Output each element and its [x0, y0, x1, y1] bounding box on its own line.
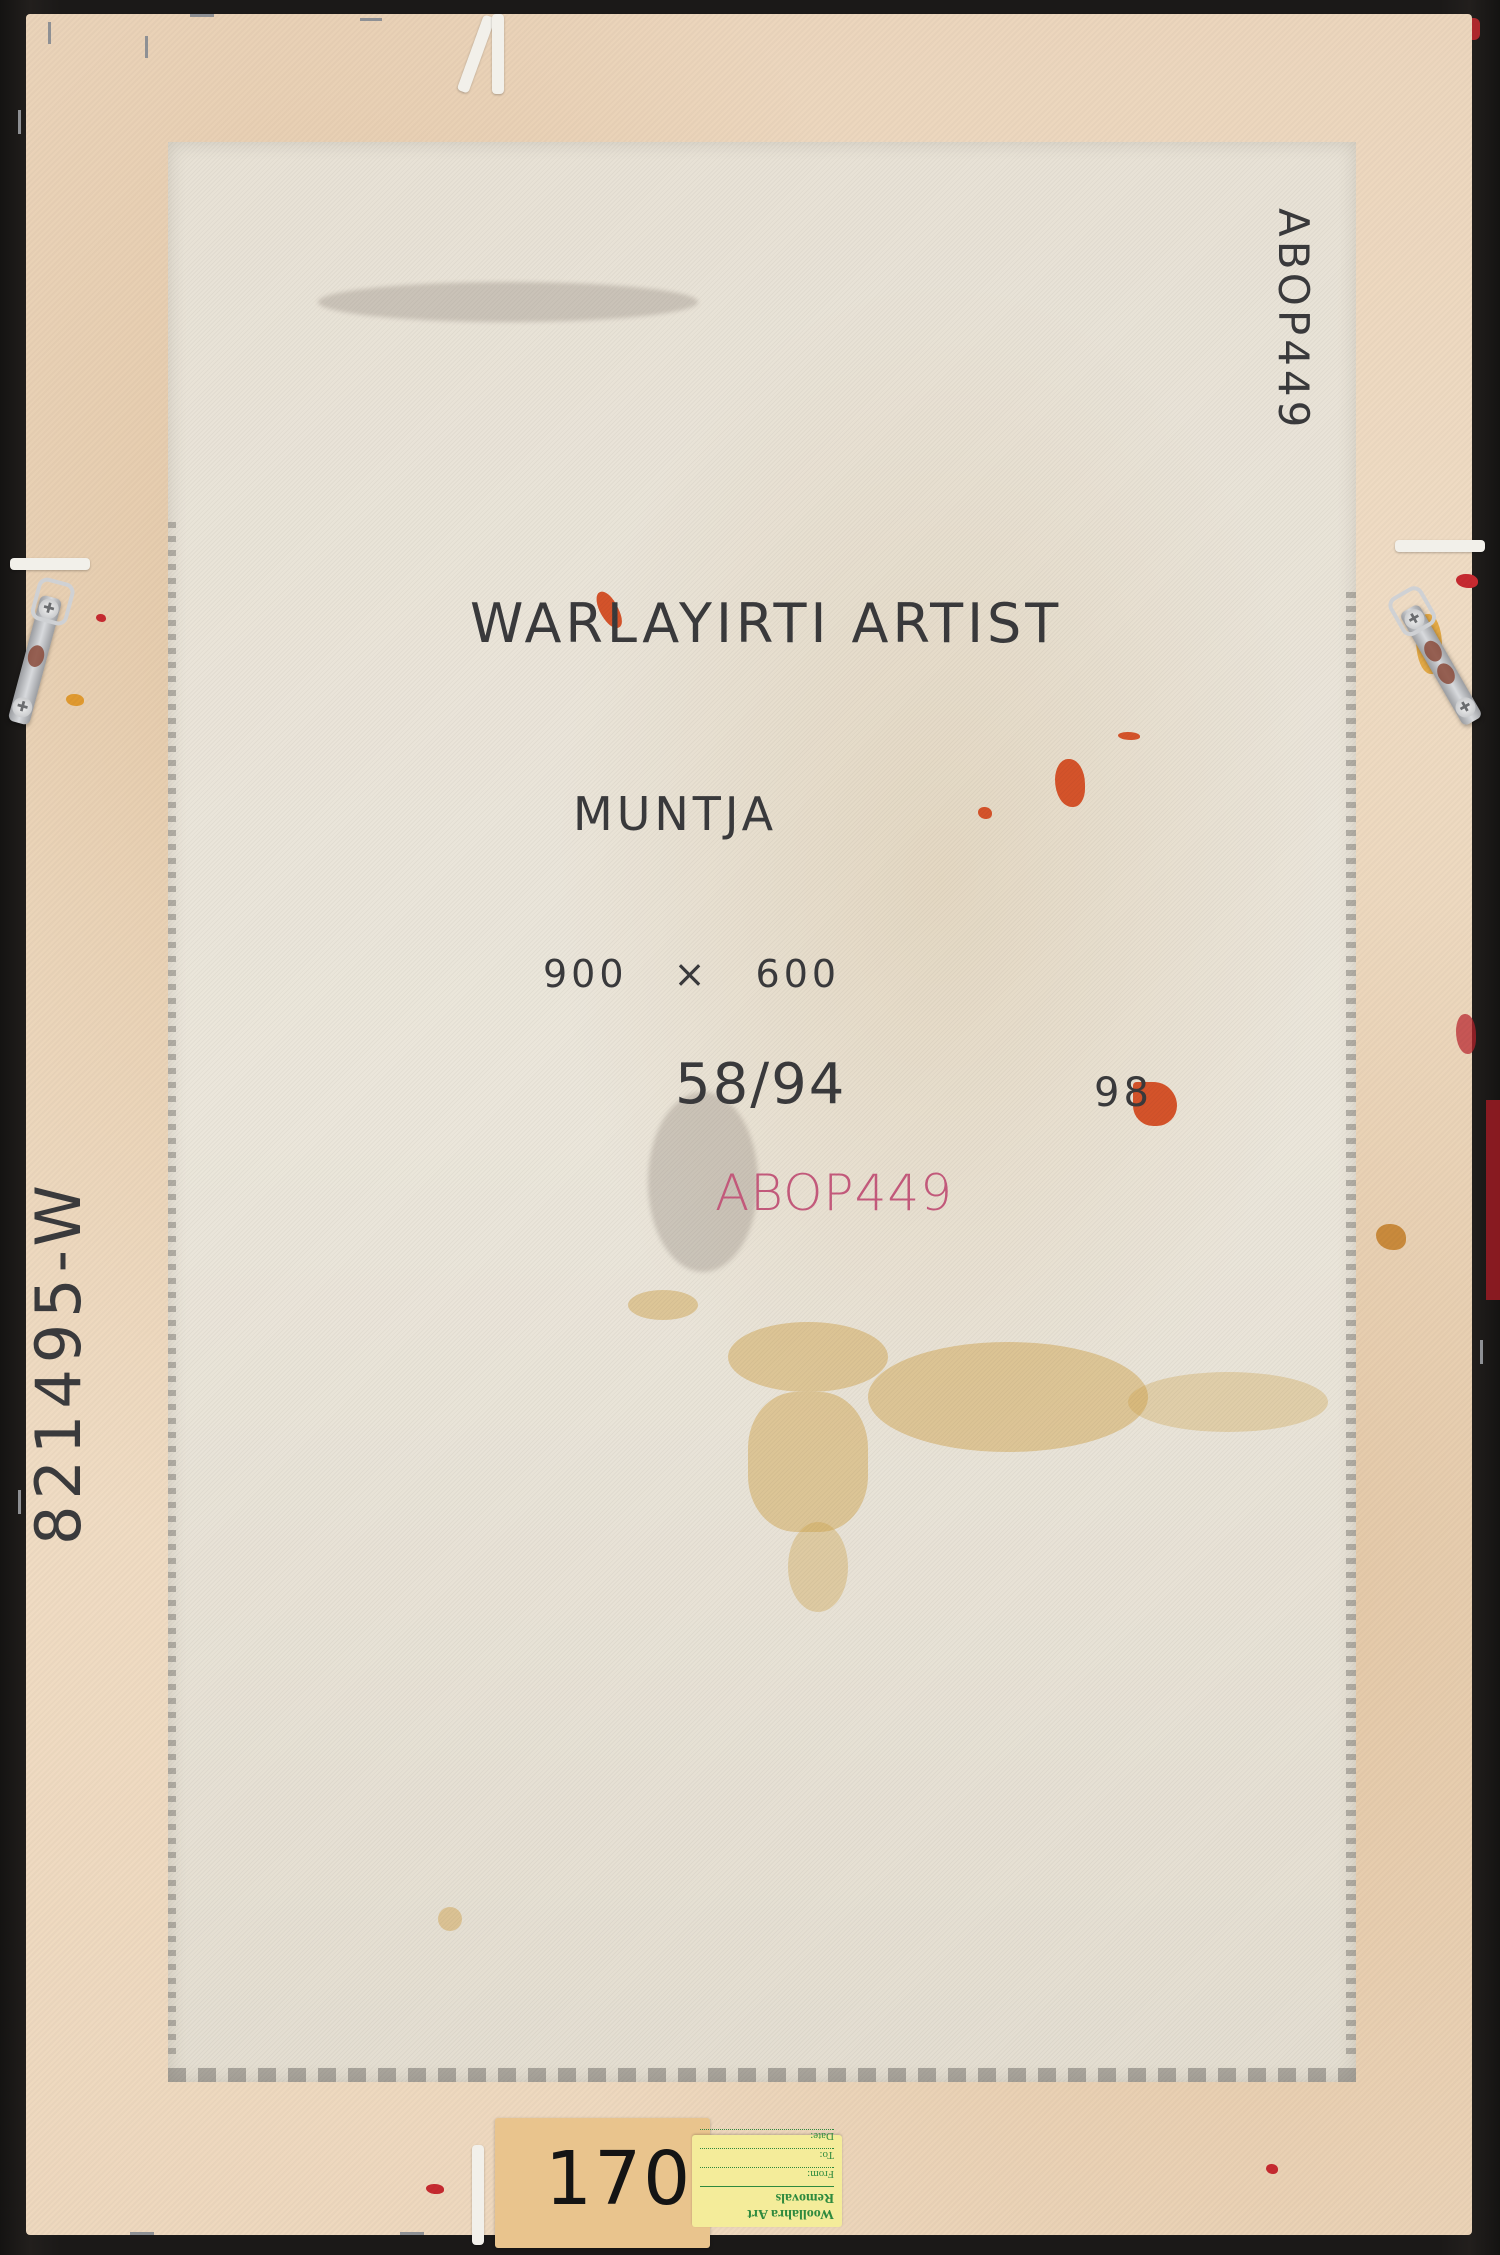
paint-stain: [66, 694, 84, 706]
paint-stain: [1456, 1014, 1476, 1054]
inscription-pink-code: ABOP449: [715, 1164, 953, 1222]
inscription-dimensions: 900 × 600: [543, 952, 840, 996]
hanging-cord-top: [492, 14, 504, 94]
screw-icon: ✚: [10, 695, 34, 719]
inscription-artist-group: WARLAYIRTI ARTIST: [470, 592, 1062, 655]
painting-back-photo: WARLAYIRTI ARTIST MUNTJA 900 × 600 58/94…: [0, 0, 1500, 2255]
orange-paint-drip: [1133, 1082, 1177, 1126]
yellow-stain: [1128, 1372, 1328, 1432]
staple: [360, 18, 382, 21]
hanging-cord-left: [10, 558, 90, 570]
paint-stain: [1266, 2164, 1278, 2174]
sticker-to-label: To:: [700, 2148, 834, 2161]
inscription-corner-mark: 98: [1094, 1070, 1153, 1116]
orange-paint-drip: [592, 588, 625, 632]
inscription-title: MUNTJA: [573, 787, 777, 841]
sticker-from-label: From:: [700, 2167, 834, 2180]
paint-stain: [1456, 574, 1478, 588]
canvas-edge-marks: [1346, 592, 1356, 2062]
masking-tape-label: 170.: [495, 2118, 710, 2248]
staple: [190, 14, 214, 17]
yellow-stain: [868, 1342, 1148, 1452]
canvas-edge-marks: [168, 2068, 1356, 2082]
staple: [145, 36, 148, 58]
paint-stain: [96, 614, 106, 622]
smudge: [648, 1092, 758, 1272]
yellow-stain: [628, 1290, 698, 1320]
staple: [130, 2232, 154, 2235]
hanging-cord-bottom: [472, 2145, 484, 2245]
hanging-cord-right: [1395, 540, 1485, 552]
staple: [18, 1490, 21, 1514]
yellow-stain: [438, 1907, 462, 1931]
canvas-edge-marks: [168, 522, 176, 2062]
paint-stain: [426, 2184, 444, 2194]
red-paint-edge-right: [1486, 1100, 1500, 1300]
rust-mark: [25, 643, 46, 668]
yellow-stain: [748, 1392, 868, 1532]
yellow-stain: [788, 1522, 848, 1612]
inscription-top-right-code: ABOP449: [1269, 208, 1318, 431]
sticker-date-label: Date:: [700, 2129, 834, 2142]
orange-paint-drip: [1118, 732, 1140, 740]
orange-paint-drip: [978, 807, 992, 819]
staple: [400, 2232, 424, 2235]
staple: [48, 22, 51, 44]
inner-canvas: WARLAYIRTI ARTIST MUNTJA 900 × 600 58/94…: [168, 142, 1356, 2082]
staple: [18, 110, 21, 134]
orange-paint-drip: [1055, 759, 1085, 807]
removals-sticker: Woollahra Art Removals From: To: Date:: [692, 2135, 842, 2227]
sticker-company: Woollahra Art Removals: [700, 2186, 834, 2221]
smudge: [318, 282, 698, 322]
inscription-left-edge-code: 821495-W: [22, 1179, 95, 1545]
paint-stain: [1376, 1224, 1406, 1250]
staple: [1480, 1340, 1483, 1364]
inscription-catalogue-number: 58/94: [675, 1052, 846, 1117]
yellow-stain: [728, 1322, 888, 1392]
